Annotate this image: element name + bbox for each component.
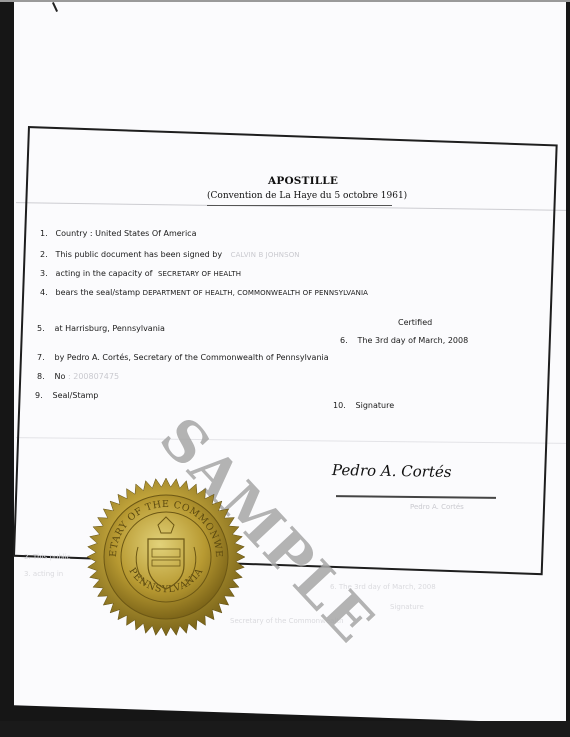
- subtitle-underline: [207, 205, 392, 206]
- item-number: 1.: [40, 229, 53, 238]
- item-number: 7.: [37, 353, 52, 362]
- item-label: Seal/Stamp: [53, 391, 99, 400]
- scanner-edge: [0, 721, 570, 737]
- item-number-no: 8. No : 200807475: [37, 372, 119, 381]
- handwritten-signature: Pedro A. Cortés: [332, 461, 452, 481]
- document-subtitle: (Convention de La Haye du 5 octobre 1961…: [207, 191, 407, 201]
- item-number: 5.: [37, 324, 52, 333]
- item-label: Signature: [356, 401, 395, 410]
- item-value: United States Of America: [95, 229, 196, 238]
- show-through-text: Signature: [390, 603, 424, 611]
- item-date: 6. The 3rd day of March, 2008: [340, 336, 468, 345]
- certified-label: Certified: [398, 318, 432, 327]
- item-signature: 10. Signature: [333, 401, 394, 410]
- show-through-text: 2. This public: [24, 553, 71, 561]
- item-number: 8.: [37, 372, 52, 381]
- item-number: 4.: [40, 288, 53, 297]
- item-label: by Pedro A. Cortés, Secretary of the Com…: [55, 353, 329, 362]
- show-through-text: 3. acting in: [24, 570, 63, 578]
- item-label: No: [55, 372, 66, 381]
- item-label: bears the seal/stamp: [56, 288, 141, 297]
- item-value: CALVIN B JOHNSON: [231, 251, 300, 259]
- item-label: This public document has been signed by: [56, 250, 223, 259]
- item-seal: 9. Seal/Stamp: [35, 391, 98, 400]
- item-label: acting in the capacity of: [56, 269, 153, 278]
- document-title: APOSTILLE: [268, 175, 338, 187]
- scanner-edge: [0, 0, 570, 2]
- item-label: at Harrisburg, Pennsylvania: [55, 324, 165, 333]
- item-number: 2.: [40, 250, 53, 259]
- item-value: DEPARTMENT OF HEALTH, COMMONWEALTH OF PE…: [143, 289, 368, 297]
- item-number: 6.: [340, 336, 355, 345]
- item-value: The 3rd day of March, 2008: [358, 336, 469, 345]
- printed-name: Pedro A. Cortés: [410, 503, 464, 511]
- item-certified-by: 7. by Pedro A. Cortés, Secretary of the …: [37, 353, 329, 362]
- item-place: 5. at Harrisburg, Pennsylvania: [37, 324, 165, 333]
- item-number: 10.: [333, 401, 353, 410]
- item-value: : 200807475: [68, 372, 119, 381]
- gold-seal-icon: SECRETARY OF THE COMMONWEALTH PENNSYLVAN…: [86, 477, 246, 637]
- item-value: SECRETARY OF HEALTH: [158, 270, 241, 278]
- item-label: Country :: [56, 229, 96, 238]
- item-signed-by: 2. This public document has been signed …: [40, 250, 300, 259]
- item-country: 1. Country : United States Of America: [40, 229, 196, 238]
- item-seal-stamp: 4. bears the seal/stamp DEPARTMENT OF HE…: [40, 288, 368, 297]
- item-number: 3.: [40, 269, 53, 278]
- item-number: 9.: [35, 391, 50, 400]
- item-capacity: 3. acting in the capacity of SECRETARY O…: [40, 269, 241, 278]
